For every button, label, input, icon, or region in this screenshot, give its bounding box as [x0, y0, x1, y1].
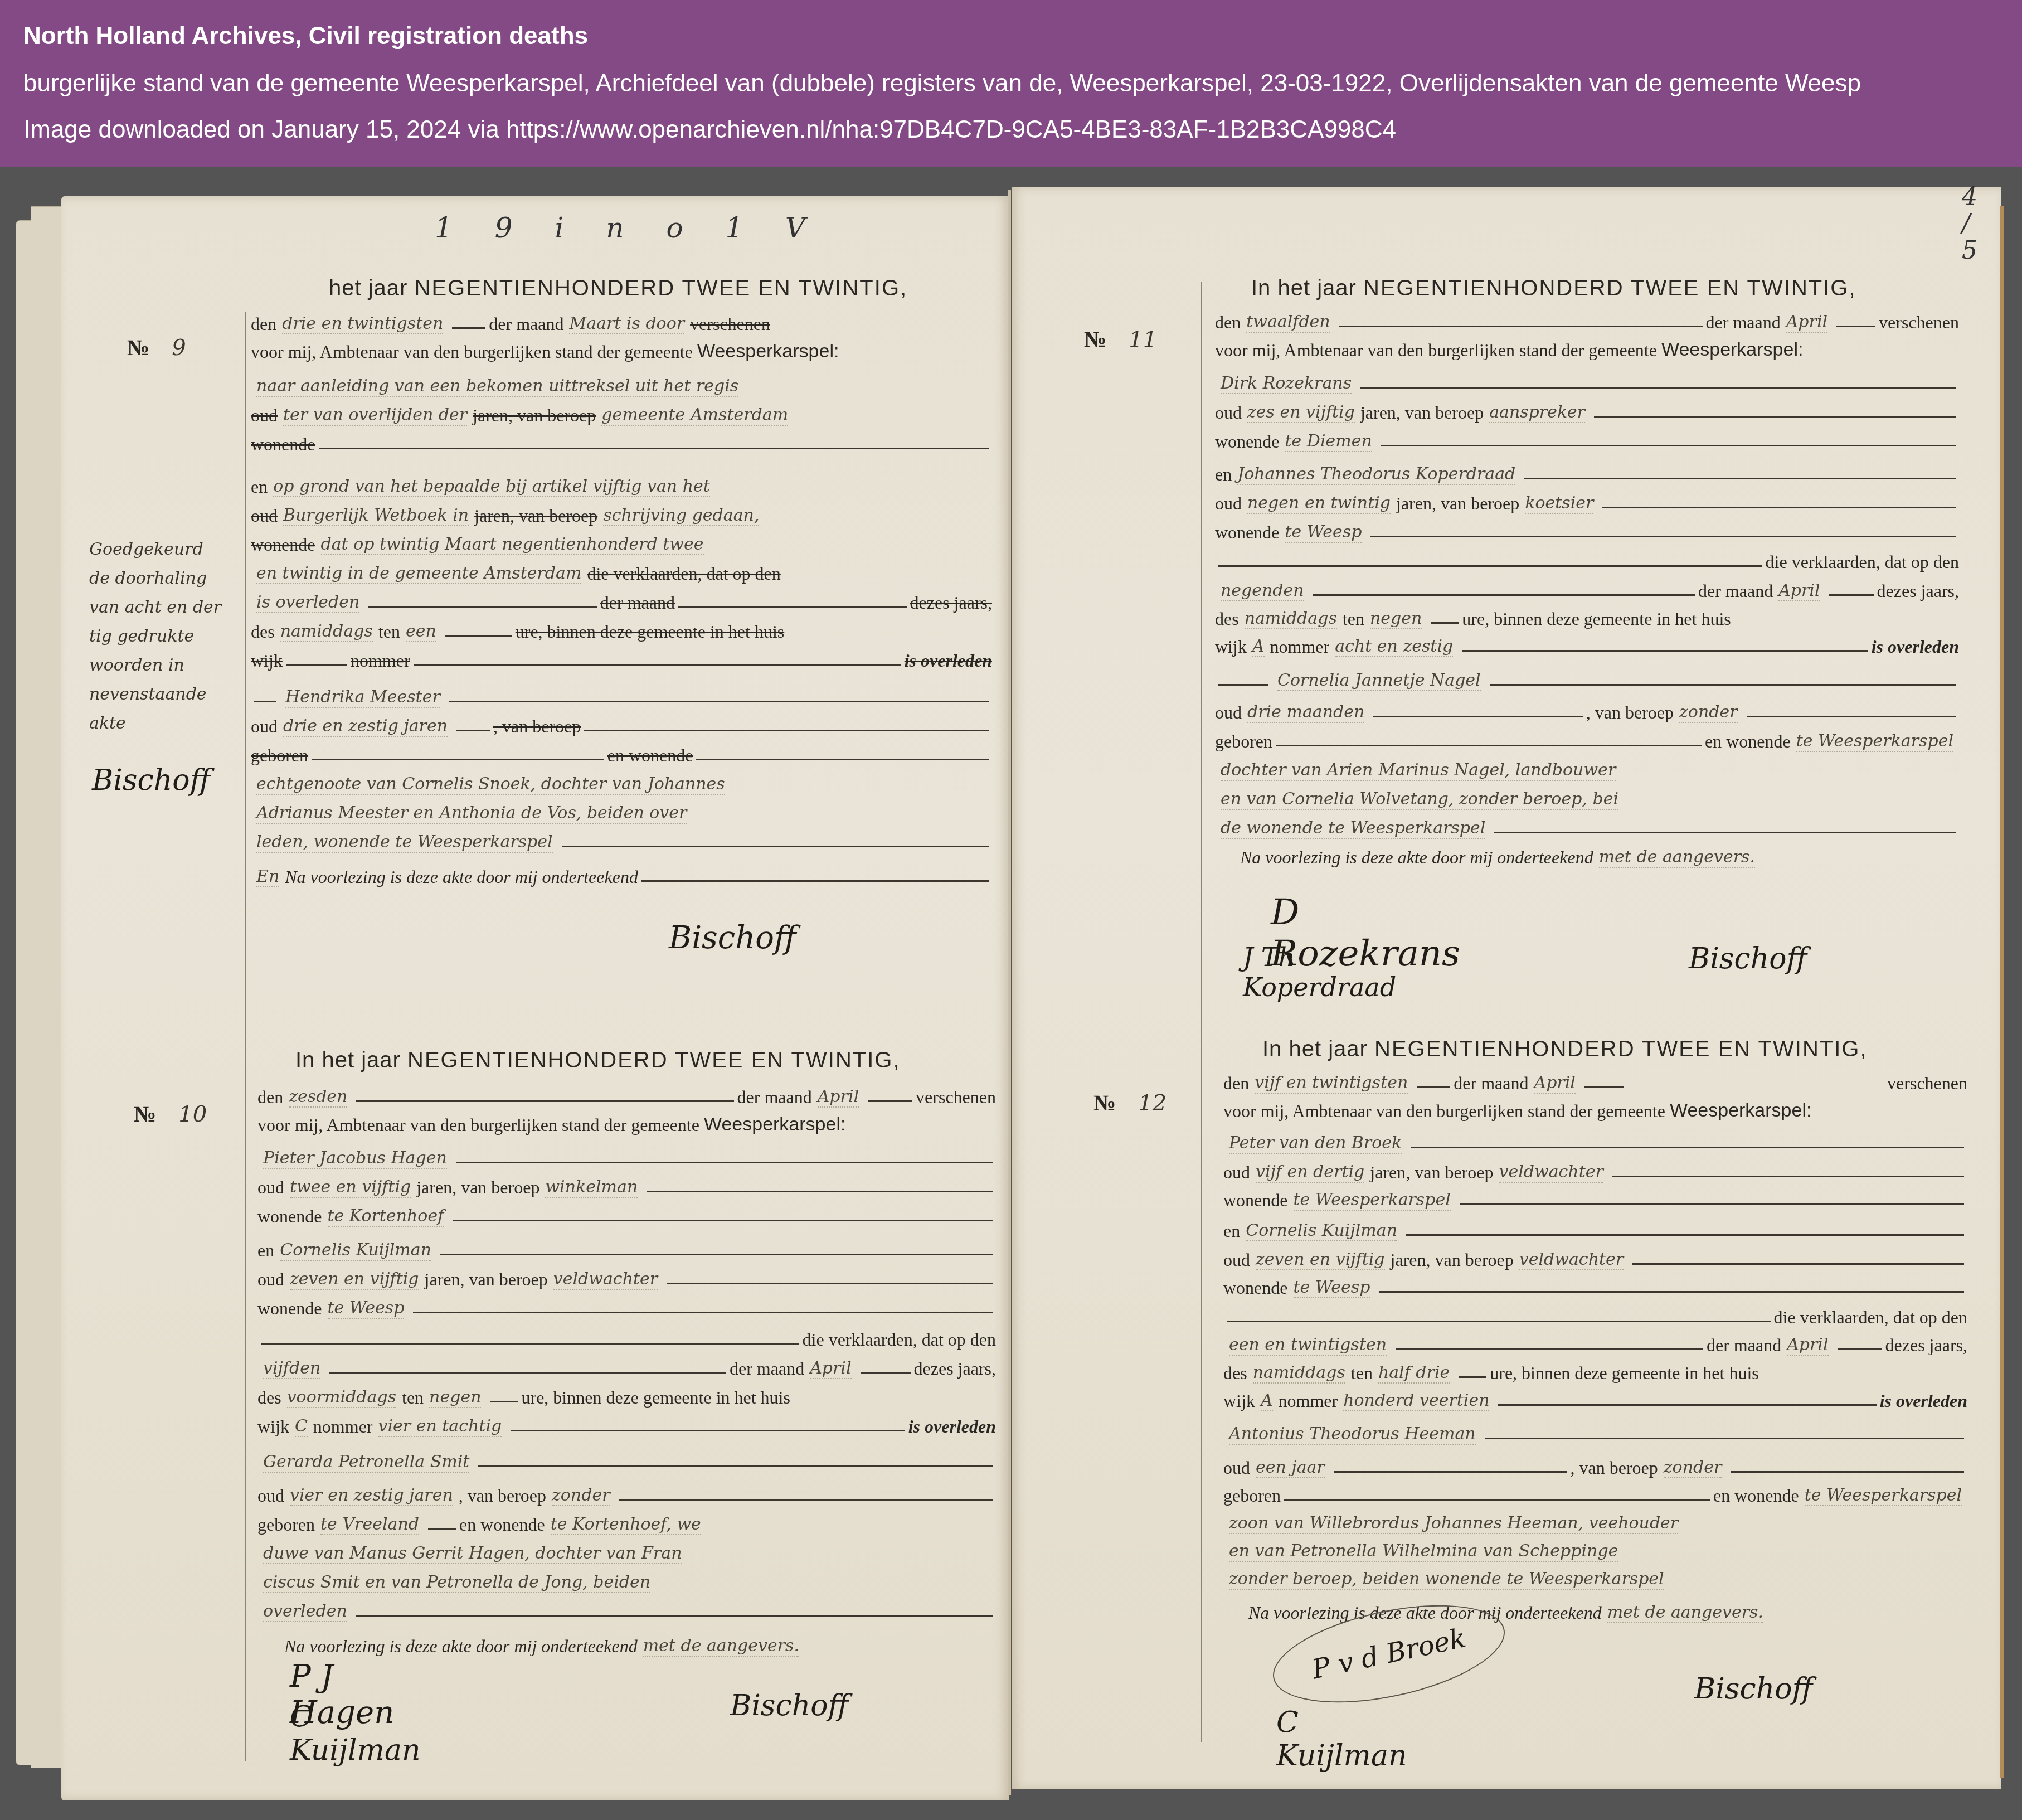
line-deceased: Antonius Theodorus Heeman [1223, 1416, 1967, 1445]
deceased-name: Cornelia Jannetje Nagel [1277, 671, 1481, 691]
line-wijk: wijkA nommeracht en zestig is overleden [1215, 628, 1959, 657]
line-oud-2: oudBurgerlijk Wetboek in jaren, van bero… [251, 497, 992, 526]
line-en: enJohannes Theodorus Koperdraad [1215, 456, 1959, 485]
line-time: desnamiddags tennegen ure, binnen deze g… [1215, 600, 1959, 629]
record-heading: In het jaar NEGENTIENHONDERD TWEE EN TWI… [1251, 276, 1856, 301]
line-geboren: geborente Vreeland en wonendete Kortenho… [257, 1506, 996, 1535]
line-oud-1: oudvijf en dertig jaren, van beroepveldw… [1223, 1154, 1967, 1183]
record-number: №11 [1084, 326, 1157, 352]
remark-line: en van Petronella Wilhelmina van Scheppi… [1223, 1533, 1967, 1562]
line-signoff: Na voorlezing is deze akte door mij onde… [284, 1628, 998, 1657]
line-deceased-age: oudeen jaar , van beroepzonder [1223, 1449, 1967, 1478]
line-deceased-age: oudvier en zestig jaren , van beroepzond… [257, 1477, 996, 1506]
archive-header: North Holland Archives, Civil registrati… [0, 0, 2022, 167]
line-death-date: negenden der maandApril dezes jaars, [1215, 572, 1959, 601]
remark-line: Adrianus Meester en Anthonia de Vos, bei… [251, 795, 992, 824]
handwritten-day: drie en twintigsten [282, 314, 443, 334]
left-folio-marks: 1 9 i n o 1 V [435, 212, 822, 244]
deceased-name: Gerarda Petronella Smit [263, 1452, 469, 1473]
remark-line: overleden [257, 1593, 996, 1622]
line-signoff: Na voorlezing is deze akte door mij onde… [1240, 839, 1965, 868]
line-voor-mij: voor mij, Ambtenaar van den burgerlijken… [1223, 1093, 1967, 1122]
remark-line: zonder beroep, beiden wonende te Weesper… [1223, 1561, 1967, 1590]
line-oud-2: oudzeven en vijftig jaren, van beroepvel… [1223, 1241, 1967, 1270]
line-wonende-2: wonendete Weesp [1215, 514, 1959, 543]
line-wonende-1: wonendete Diemen [1215, 423, 1959, 452]
line-voor-mij: voor mij, Ambtenaar van den burgerlijken… [1215, 332, 1959, 361]
line-wijk: wijk nommer is overleden [251, 642, 992, 671]
remark-line: dochter van Arien Marinus Nagel, landbou… [1215, 752, 1959, 781]
line-wonende-1: wonendete Weesperkarspel [1223, 1182, 1967, 1211]
line-declarant1: Dirk Rozekrans [1215, 365, 1959, 394]
line-deceased: Hendrika Meester [251, 679, 992, 708]
line-en: enCornelis Kuijlman [257, 1232, 996, 1261]
deceased-name: Hendrika Meester [285, 687, 440, 708]
line-geboren: geboren en wonendete Weesperkarspel [1215, 723, 1959, 752]
record-number: №12 [1093, 1090, 1166, 1116]
line-verklaarden: en twintig in de gemeente Amsterdamdie v… [251, 555, 992, 584]
line-voor-mij: voor mij, Ambtenaar van den burgerlijken… [251, 333, 992, 362]
right-folio-number: 4 / 5 [1962, 184, 1984, 264]
line-deceased-age: ouddrie en zestig jaren , van beroep [251, 708, 992, 737]
declarant-signature: C Kuijlman [1276, 1706, 1407, 1773]
line-den: dendrie en twintigsten der maandMaart is… [251, 305, 992, 334]
line-den: denvijf en twintigsten der maandApril ve… [1223, 1065, 1967, 1094]
official-signature: Bischoff [1694, 1672, 1812, 1706]
record-number: №10 [134, 1101, 207, 1127]
official-signature: Bischoff [730, 1689, 848, 1722]
line-death-date: vijfden der maandApril dezes jaars, [257, 1350, 996, 1379]
record-heading: het jaar NEGENTIENHONDERD TWEE EN TWINTI… [329, 276, 907, 301]
official-signature: Bischoff [1689, 942, 1807, 975]
book-gutter [1008, 190, 1011, 1795]
line-deceased-age: ouddrie maanden , van beroepzonder [1215, 694, 1959, 723]
line-declarant1: naar aanleiding van een bekomen uittreks… [251, 368, 992, 397]
remark-line: duwe van Manus Gerrit Hagen, dochter van… [257, 1535, 996, 1564]
remark-line: echtgenoote van Cornelis Snoek, dochter … [251, 766, 992, 795]
line-time: desnamiddags teneen ure, binnen deze gem… [251, 613, 992, 642]
line-geboren: geboren en wonendete Weesperkarspel [1223, 1477, 1967, 1506]
declarant-signature: J Th Koperdraad [1243, 942, 1396, 1002]
line-wonende-2: wonendete Weesp [257, 1290, 996, 1319]
record-number: №9 [127, 334, 186, 361]
line-voor-mij: voor mij, Ambtenaar van den burgerlijken… [257, 1106, 996, 1135]
record-heading: In het jaar NEGENTIENHONDERD TWEE EN TWI… [1262, 1037, 1868, 1062]
line-time: desvoormiddags tennegen ure, binnen deze… [257, 1379, 996, 1408]
remark-line: ciscus Smit en van Petronella de Jong, b… [257, 1564, 996, 1593]
margin-signature: Bischoff [92, 764, 210, 797]
line-den: dentwaalfden der maandApril verschenen [1215, 304, 1959, 333]
line-oud-2: oudzeven en vijftig jaren, van beroepvel… [257, 1261, 996, 1290]
line-geboren: geboren en wonende [251, 737, 992, 766]
line-oud-1: oudter van overlijden der jaren, van ber… [251, 397, 992, 426]
line-signoff: EnNa voorlezing is deze akte door mij on… [251, 858, 992, 887]
remark-line: leden, wonende te Weesperkarspel [251, 824, 992, 853]
remark-line: en van Cornelia Wolvetang, zonder beroep… [1215, 781, 1959, 810]
line-verklaarden: die verklaarden, dat op den [257, 1321, 996, 1350]
line-wijk: wijkA nommerhonderd veertien is overlede… [1223, 1382, 1967, 1411]
line-declarant1: Pieter Jacobus Hagen [257, 1140, 996, 1169]
right-margin-rule [1201, 282, 1202, 1742]
declarant-signature: C Kuijlman [290, 1700, 420, 1767]
deceased-name: Antonius Theodorus Heeman [1229, 1424, 1476, 1445]
line-verklaarden: die verklaarden, dat op den [1215, 543, 1959, 572]
record-heading: In het jaar NEGENTIENHONDERD TWEE EN TWI… [295, 1048, 901, 1073]
line-wijk: wijkC nommervier en tachtig is overleden [257, 1408, 996, 1437]
line-verklaarden: die verklaarden, dat op den [1223, 1299, 1967, 1328]
line-wonende-2: wonendedat op twintig Maart negentienhon… [251, 526, 992, 555]
line-den: denzesden der maandApril verschenen [257, 1079, 996, 1108]
line-deceased: Gerarda Petronella Smit [257, 1444, 996, 1473]
line-oud-1: oudtwee en vijftig jaren, van beroepwink… [257, 1169, 996, 1198]
line-wonende-1: wonende [251, 426, 992, 455]
line-oud-1: oudzes en vijftig jaren, van beroepaansp… [1215, 394, 1959, 423]
right-page-edge [2000, 206, 2004, 1778]
official-signature: Bischoff [669, 920, 796, 956]
line-oud-2: oudnegen en twintig jaren, van beroepkoe… [1215, 485, 1959, 514]
line-time: desnamiddags tenhalf drie ure, binnen de… [1223, 1355, 1967, 1384]
line-death-date: een en twintigsten der maandApril dezes … [1223, 1327, 1967, 1356]
source-note: Image downloaded on January 15, 2024 via… [23, 116, 1396, 144]
line-deceased: Cornelia Jannetje Nagel [1215, 662, 1959, 691]
line-death-date: is overleden der maand dezes jaars, [251, 584, 992, 613]
archive-title: North Holland Archives, Civil registrati… [23, 22, 588, 50]
line-wonende-1: wonendete Kortenhoef [257, 1198, 996, 1227]
remark-line: de wonende te Weesperkarspel [1215, 810, 1959, 839]
remark-line: zoon van Willebrordus Johannes Heeman, v… [1223, 1505, 1967, 1534]
line-en: enop grond van het bepaalde bij artikel … [251, 468, 992, 497]
record-description: burgerlijke stand van de gemeente Weespe… [23, 70, 1861, 98]
margin-approval-note: Goedgekeurd de doorhaling van acht en de… [89, 535, 245, 738]
line-en: enCornelis Kuijlman [1223, 1212, 1967, 1241]
line-wonende-2: wonendete Weesp [1223, 1269, 1967, 1298]
left-margin-rule [245, 312, 246, 1761]
line-declarant1: Peter van den Broek [1223, 1125, 1967, 1154]
